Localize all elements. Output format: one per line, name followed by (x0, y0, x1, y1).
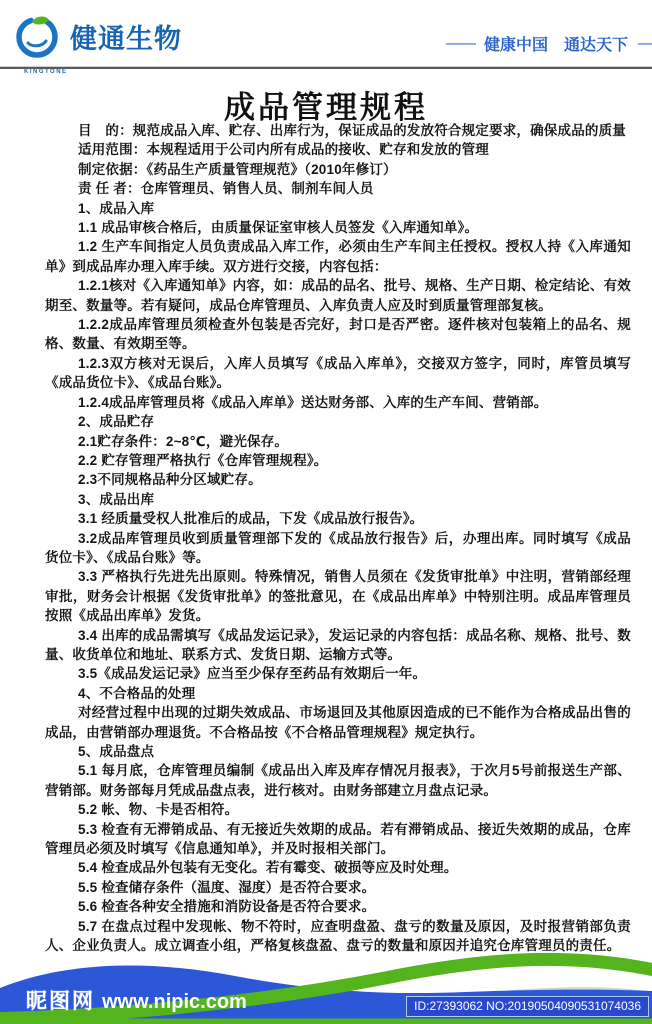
page: KINGTONE 健通生物 —— 健康中国 通达天下 —— 成品管理规程 目 的… (0, 0, 652, 1024)
header-divider (0, 66, 652, 69)
paragraph: 制定依据：《药品生产质量管理规范》（2010年修订） (45, 160, 631, 179)
slogan-left-dash: —— (446, 35, 474, 53)
header-slogan: —— 健康中国 通达天下 —— (446, 32, 652, 55)
paragraph: 3.3 严格执行先进先出原则。特殊情况，销售人员须在《发货审批单》中注明，营销部… (45, 567, 631, 625)
paragraph: 1.2 生产车间指定人员负责成品入库工作，必须由生产车间主任授权。授权人持《入库… (45, 237, 631, 276)
paragraph: 1.2.1核对《入库通知单》内容，如：成品的品名、批号、规格、生产日期、检定结论… (45, 276, 631, 315)
paragraph: 2.2 贮存管理严格执行《仓库管理规程》。 (45, 451, 631, 470)
paragraph: 1、成品入库 (45, 199, 631, 218)
document-body: 目 的：规范成品入库、贮存、出库行为，保证成品的发放符合规定要求，确保成品的质量… (45, 121, 631, 955)
slogan-right-dash: —— (638, 35, 652, 53)
kingtone-logo-icon (14, 13, 60, 59)
paragraph: 4、不合格品的处理 (45, 684, 631, 703)
paragraph: 1.2.4成品库管理员将《成品入库单》送达财务部、入库的生产车间、营销部。 (45, 393, 631, 412)
paragraph: 5.1 每月底，仓库管理员编制《成品出入库及库存情况月报表》，于次月5号前报送生… (45, 761, 631, 800)
paragraph: 3.4 出库的成品需填写《成品发运记录》，发运记录的内容包括：成品名称、规格、批… (45, 626, 631, 665)
paragraph: 2.1贮存条件：2~8℃，避光保存。 (45, 432, 631, 451)
paragraph: 3.5《成品发运记录》应当至少保存至药品有效期后一年。 (45, 664, 631, 683)
logo-ring-icon (19, 21, 55, 56)
paragraph: 5.6 检查各种安全措施和消防设备是否符合要求。 (45, 897, 631, 916)
paragraph: 目 的：规范成品入库、贮存、出库行为，保证成品的发放符合规定要求，确保成品的质量 (45, 121, 631, 140)
watermark-site-url: www.nipic.com (102, 991, 247, 1014)
paragraph: 5.2 帐、物、卡是否相符。 (45, 800, 631, 819)
footer-bottom-strip (0, 1019, 652, 1024)
slogan-text: 健康中国 通达天下 (484, 32, 628, 55)
paragraph: 1.2.3双方核对无误后，入库人员填写《成品入库单》，交接双方签字，同时，库管员… (45, 354, 631, 393)
paragraph: 3.2成品库管理员收到质量管理部下发的《成品放行报告》后，办理出库。同时填写《成… (45, 529, 631, 568)
paragraph: 3、成品出库 (45, 490, 631, 509)
paragraph: 2.3不同规格品种分区域贮存。 (45, 470, 631, 489)
brand-name: 健通生物 (70, 17, 182, 56)
watermark-site-name: 昵图网 (26, 985, 95, 1015)
footer: 昵图网 www.nipic.com ID:27393062 NO:2019050… (0, 934, 652, 1024)
header: KINGTONE 健通生物 —— 健康中国 通达天下 —— (0, 0, 652, 66)
paragraph: 5.5 检查储存条件（温度、湿度）是否符合要求。 (45, 878, 631, 897)
image-id-badge: ID:27393062 NO:20190504090531074036 (406, 996, 649, 1017)
nipic-watermark: 昵图网 www.nipic.com (26, 985, 247, 1015)
paragraph: 5.3 检查有无滞销成品、有无接近失效期的成品。若有滞销成品、接近失效期的成品，… (45, 820, 631, 859)
paragraph: 责 任 者：仓库管理员、销售人员、制剂车间人员 (45, 179, 631, 198)
paragraph: 1.1 成品审核合格后，由质量保证室审核人员签发《入库通知单》。 (45, 218, 631, 237)
paragraph: 1.2.2成品库管理员须检查外包装是否完好，封口是否严密。逐件核对包装箱上的品名… (45, 315, 631, 354)
paragraph: 2、成品贮存 (45, 412, 631, 431)
company-logo: KINGTONE 健通生物 (14, 13, 182, 59)
paragraph: 5、成品盘点 (45, 742, 631, 761)
paragraph: 5.4 检查成品外包装有无变化。若有霉变、破损等应及时处理。 (45, 858, 631, 877)
logo-swoosh-icon (28, 41, 46, 46)
logo-caption: KINGTONE (24, 69, 68, 75)
paragraph: 适用范围：本规程适用于公司内所有成品的接收、贮存和发放的管理 (45, 140, 631, 159)
paragraph: 对经营过程中出现的过期失效成品、市场退回及其他原因造成的已不能作为合格成品出售的… (45, 703, 631, 742)
paragraph: 3.1 经质量受权人批准后的成品，下发《成品放行报告》。 (45, 509, 631, 528)
